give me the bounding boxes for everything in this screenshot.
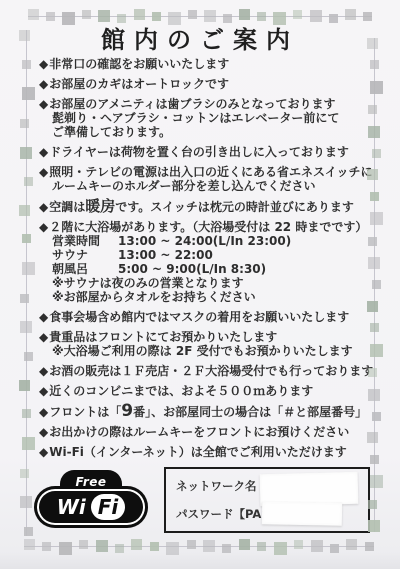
notice-dryer: ◆ドライヤーは荷物を置く台の引き出しに入っております	[39, 145, 368, 159]
notice-text: ２階に大浴場があります。（大浴場受付は 22 時までです）	[49, 220, 367, 234]
notice-text: 貴重品はフロントにてお預かりいたします	[49, 330, 277, 344]
notice-text: 髭剃り・ヘアブラシ・コットンはエレベーター前にて	[39, 111, 368, 125]
notice-list: ◆非常口の確認をお願いいたします ◆お部屋のカギはオートロックです ◆お部屋のア…	[39, 57, 368, 465]
notice-text: 近くのコンビニまでは、およそ５００ｍあります	[49, 384, 313, 398]
bath-note: ※サウナは夜のみの営業となります	[39, 276, 368, 290]
notice-text: お酒の販売は１Ｆ売店・２Ｆ大浴場受付でも行っております	[49, 364, 373, 378]
wifi-wi-text: Wi	[57, 495, 86, 519]
diamond-bullet-icon: ◆	[39, 364, 48, 378]
diamond-bullet-icon: ◆	[39, 310, 48, 324]
notice-text: お部屋のアメニティは歯ブラシのみとなっております	[49, 97, 335, 111]
notice-text: Wi-Fi（インターネット）は全館でご利用いただけます	[49, 445, 347, 459]
sauna-hours-row: サウナ13:00 ~ 22:00	[39, 248, 368, 262]
wifi-pill-icon: Wi Fi	[34, 486, 148, 528]
notice-alcohol-sales: ◆お酒の販売は１Ｆ売店・２Ｆ大浴場受付でも行っております	[39, 364, 368, 378]
wifi-fi-text: Fi	[91, 494, 126, 520]
diamond-bullet-icon: ◆	[39, 145, 48, 159]
notice-text: ご準備しております。	[39, 125, 368, 139]
notice-text: 照明・テレビの電源は出入口の近くにある省エネスイッチに	[49, 165, 372, 179]
notice-public-bath: ◆２階に大浴場があります。（大浴場受付は 22 時までです） 営業時間13:00…	[39, 220, 368, 304]
diamond-bullet-icon: ◆	[39, 330, 48, 344]
scanned-guide-page: 館内のご案内 ◆非常口の確認をお願いいたします ◆お部屋のカギはオートロックです…	[0, 0, 400, 569]
notice-mask: ◆食事会場含め館内ではマスクの着用をお願いいたします	[39, 310, 368, 324]
notice-wifi: ◆Wi-Fi（インターネット）は全館でご利用いただけます	[39, 445, 368, 459]
notice-convenience-store: ◆近くのコンビニまでは、およそ５００ｍあります	[39, 384, 368, 398]
diamond-bullet-icon: ◆	[39, 97, 48, 111]
morning-bath-row: 朝風呂5:00 ~ 9:00(L/In 8:30)	[39, 262, 368, 276]
valuables-note: ※大浴場ご利用の際は 2F 受付でもお預かりいたします	[39, 344, 368, 358]
morning-bath-label: 朝風呂	[52, 262, 118, 276]
page-title: 館内のご案内	[0, 20, 400, 55]
free-wifi-logo: Free Wi Fi	[34, 470, 150, 530]
bath-note: ※お部屋からタオルをお持ちください	[39, 290, 368, 304]
decorative-border-right	[366, 38, 382, 532]
emphasized-heating: 暖房	[85, 197, 115, 215]
morning-bath-value: 5:00 ~ 9:00(L/In 8:30)	[118, 262, 266, 276]
diamond-bullet-icon: ◆	[39, 200, 48, 214]
notice-text: フロントは「	[49, 405, 121, 419]
notice-text: お出かけの際はルームキーをフロントにお預けください	[49, 425, 349, 439]
diamond-bullet-icon: ◆	[39, 425, 48, 439]
sauna-hours-value: 13:00 ~ 22:00	[118, 248, 213, 262]
notice-text: お部屋のカギはオートロックです	[49, 77, 229, 91]
bath-hours-row: 営業時間13:00 ~ 24:00(L/In 23:00)	[39, 234, 368, 248]
bath-hours-value: 13:00 ~ 24:00(L/In 23:00)	[118, 234, 291, 248]
notice-text: 番」、お部屋同士の場合は「＃と部屋番号」	[133, 405, 367, 419]
notice-valuables: ◆貴重品はフロントにてお預かりいたします ※大浴場ご利用の際は 2F 受付でもお…	[39, 330, 368, 358]
notice-energy-switch: ◆照明・テレビの電源は出入口の近くにある省エネスイッチに ルームキーのホルダー部…	[39, 165, 368, 193]
notice-front-desk-dial: ◆フロントは「9番」、お部屋同士の場合は「＃と部屋番号」	[39, 404, 368, 419]
notice-emergency-exit: ◆非常口の確認をお願いいたします	[39, 57, 368, 71]
notice-text: ドライヤーは荷物を置く台の引き出しに入っております	[49, 145, 349, 159]
notice-amenities: ◆お部屋のアメニティは歯ブラシのみとなっております 髭剃り・ヘアブラシ・コットン…	[39, 97, 368, 139]
notice-text: 空調は	[49, 200, 85, 214]
diamond-bullet-icon: ◆	[39, 220, 48, 234]
notice-aircon-heating: ◆空調は暖房です。スイッチは枕元の時計並びにあります	[39, 199, 368, 214]
notice-text: 非常口の確認をお願いいたします	[49, 57, 229, 71]
diamond-bullet-icon: ◆	[39, 77, 48, 91]
diamond-bullet-icon: ◆	[39, 384, 48, 398]
wifi-info-section: Free Wi Fi ネットワーク名【ID】: パスワード【PASS】:	[34, 466, 370, 534]
diamond-bullet-icon: ◆	[39, 405, 48, 419]
network-credentials-box: ネットワーク名【ID】: パスワード【PASS】:	[164, 467, 370, 533]
diamond-bullet-icon: ◆	[39, 445, 48, 459]
decorative-border-left	[18, 30, 34, 536]
notice-text: です。スイッチは枕元の時計並びにあります	[115, 200, 354, 214]
bath-hours-label: 営業時間	[52, 234, 118, 248]
sauna-hours-label: サウナ	[52, 248, 118, 262]
notice-text: ルームキーのホルダー部分を差し込んでください	[39, 179, 368, 193]
redacted-pass-value	[262, 501, 342, 525]
diamond-bullet-icon: ◆	[39, 165, 48, 179]
notice-text: 食事会場含め館内ではマスクの着用をお願いいたします	[49, 310, 349, 324]
notice-autolock: ◆お部屋のカギはオートロックです	[39, 77, 368, 91]
diamond-bullet-icon: ◆	[39, 57, 48, 71]
notice-key-deposit: ◆お出かけの際はルームキーをフロントにお預けください	[39, 425, 368, 439]
decorative-border-bottom	[24, 538, 374, 554]
emphasized-dial-number: 9	[121, 401, 133, 421]
